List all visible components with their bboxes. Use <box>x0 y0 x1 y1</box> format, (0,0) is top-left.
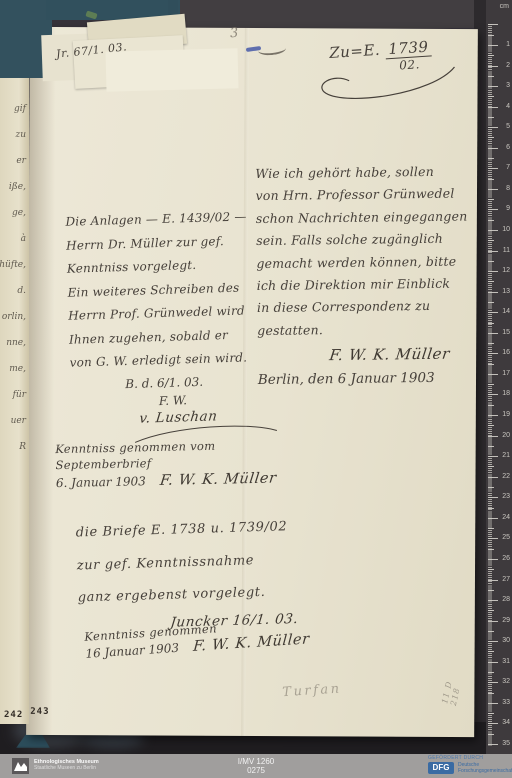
ruler-half-cm-tick <box>488 137 494 138</box>
ruler-half-cm-tick <box>488 117 494 118</box>
ruler-number: 6 <box>506 144 510 152</box>
ruler-cm-tick <box>488 538 498 539</box>
cutoff-word-fragment: à <box>21 234 26 244</box>
ruler-half-cm-tick <box>488 405 494 406</box>
dfg-full-name: Deutsche Forschungsgemeinschaft <box>458 762 512 774</box>
cutoff-word-fragment: hüfte, <box>0 260 26 270</box>
ruler-number: 23 <box>502 493 510 501</box>
ruler-number: 35 <box>502 740 510 748</box>
ruler-cm-tick <box>488 723 498 724</box>
ruler-number: 32 <box>502 678 510 686</box>
ruler-cm-tick <box>488 230 498 231</box>
manuscript-scan-viewport: Zu=E. 1739 02. Wie ich gehört habe, soll… <box>0 0 512 778</box>
ruler-number: 24 <box>502 514 510 522</box>
cutoff-word-fragment: gif <box>14 104 26 114</box>
letter-dateline: Berlin, den 6 Januar 1903 <box>258 369 490 388</box>
letter-line: Wie ich gehört habe, sollen <box>255 160 487 185</box>
ruler-number: 30 <box>502 637 510 645</box>
pencil-place-name: Turfan <box>282 681 342 700</box>
ruler-half-cm-tick <box>488 549 494 550</box>
pen-flourish <box>131 421 281 446</box>
ruler-cm-tick <box>488 662 498 663</box>
ruler-cm-tick <box>488 127 498 128</box>
dfg-name-line: Forschungsgemeinschaft <box>458 768 512 774</box>
digitization-footer-bar: Ethnologisches Museum Staatliche Museen … <box>0 754 512 778</box>
ruler-cm-tick <box>488 333 498 334</box>
ruler-half-cm-tick <box>488 446 494 447</box>
previous-page-edge: gifzueriße,ge,àhüfte,d.orlin,nne,me,füru… <box>0 70 29 724</box>
office-note-line: von G. W. erledigt sein wird. <box>69 345 282 375</box>
museum-logo <box>12 758 29 774</box>
pen-flourish <box>311 63 463 109</box>
ruler-unit-label: cm <box>500 3 509 10</box>
dfg-funding-label: GEFÖRDERT DURCH <box>428 755 483 761</box>
cutoff-word-fragment: zu <box>15 130 26 140</box>
return-note: die Briefe E. 1738 u. 1739/02zur gef. Ke… <box>75 510 328 634</box>
ruler-half-cm-tick <box>488 199 494 200</box>
ruler-cm-tick <box>488 497 498 498</box>
ruler-cm-tick <box>488 189 498 190</box>
ruler-number: 25 <box>502 534 510 542</box>
ruler-cm-tick <box>488 559 498 560</box>
ruler-number: 22 <box>502 473 510 481</box>
ruler-cm-tick <box>488 600 498 601</box>
ruler-number: 3 <box>506 82 510 90</box>
letter-line: gemacht werden können, bitte <box>256 250 488 275</box>
ruler-half-cm-tick <box>488 261 494 262</box>
cutoff-word-fragment: für <box>13 390 26 400</box>
museum-logo-glyph <box>12 758 29 774</box>
folio-number-stamp: 242 <box>4 710 23 720</box>
signature-fwk-mueller: F. W. K. Müller <box>159 470 278 488</box>
ruler-half-cm-tick <box>488 528 494 529</box>
ruler-cm-tick <box>488 744 498 745</box>
letter-line: schon Nachrichten eingegangen <box>256 205 488 230</box>
letter-line: gestatten. <box>257 317 489 342</box>
scan-number: 0275 <box>238 766 274 775</box>
letter-line: von Hrn. Professor Grünwedel <box>255 183 487 208</box>
cutoff-word-fragment: orlin, <box>2 312 26 322</box>
ruler-number: 11 <box>503 247 510 255</box>
ruler-cm-tick <box>488 641 498 642</box>
ruler-number: 28 <box>502 596 510 604</box>
cutoff-word-fragment: uer <box>11 416 26 426</box>
ruler-half-cm-tick <box>488 55 494 56</box>
return-note-lines: die Briefe E. 1738 u. 1739/02zur gef. Ke… <box>75 510 328 615</box>
cutoff-word-fragment: me, <box>9 364 26 374</box>
backing-board <box>172 0 488 28</box>
ruler-cm-tick <box>488 621 498 622</box>
ruler-half-cm-tick <box>488 179 494 180</box>
cutoff-word-fragment: ge, <box>12 208 26 218</box>
ruler-cm-tick <box>488 168 498 169</box>
letter-line: sein. Falls solche zugänglich <box>256 227 488 252</box>
ruler-half-cm-tick <box>488 693 494 694</box>
ruler-number: 2 <box>506 62 510 70</box>
dfg-logo: DFG <box>428 762 454 774</box>
cutoff-word-fragment: nne, <box>6 338 26 348</box>
ruler-cm-tick <box>488 703 498 704</box>
ruler-number: 12 <box>502 267 510 275</box>
ruler-number: 17 <box>502 370 510 378</box>
ruler-number: 5 <box>506 123 510 131</box>
ruler-half-cm-tick <box>488 240 494 241</box>
ruler-cm-tick <box>488 456 498 457</box>
ruler-cm-tick <box>488 292 498 293</box>
acknowledgement-date: 6. Januar 1903 <box>56 474 146 490</box>
ruler-cm-tick <box>488 107 498 108</box>
acknowledgement-september: Kenntniss genommen vomSeptemberbrief 6. … <box>55 437 296 491</box>
letter-lines: Wie ich gehört habe, sollenvon Hrn. Prof… <box>255 160 489 342</box>
docket-reference-number: Zu=E. 1739 02. <box>329 37 433 77</box>
letter-line: in diese Correspondenz zu <box>257 295 489 320</box>
ruler-number: 16 <box>502 349 510 357</box>
ruler-cm-tick <box>488 66 498 67</box>
ruler-half-cm-tick <box>488 96 494 97</box>
docket-prefix: Zu=E. <box>329 41 381 62</box>
cutoff-word-fragment: er <box>16 156 26 166</box>
ruler-cm-tick <box>488 45 498 46</box>
folio-number-stamp: 243 <box>30 707 49 717</box>
ruler-cm-tick <box>488 312 498 313</box>
ruler-number: 10 <box>502 226 510 234</box>
cutoff-word-fragment: R <box>19 442 26 452</box>
ruler-number: 27 <box>502 576 510 584</box>
ruler-cm-tick <box>488 148 498 149</box>
office-note-initials: F. W. <box>159 390 283 408</box>
letter-line: ich die Direktion mir Einblick <box>257 272 489 297</box>
ruler-half-cm-tick <box>488 590 494 591</box>
office-note-line: Die Anlagen — E. 1439/02 — <box>65 204 278 234</box>
acknowledgement-date: 16 Januar 1903 <box>85 641 179 661</box>
signature-fwk-mueller: F. W. K. Müller <box>328 345 451 364</box>
shelfmark: I/MV 1260 <box>238 757 274 766</box>
ruler-number: 13 <box>502 288 510 296</box>
cm-ruler: cm 1234567891011121314151617181920212223… <box>486 0 512 754</box>
ruler-cm-tick <box>488 394 498 395</box>
ruler-cm-tick <box>488 415 498 416</box>
office-note-left: Die Anlagen — E. 1439/02 —Herrn Dr. Müll… <box>65 204 283 429</box>
cutoff-word-fragment: d. <box>17 286 26 296</box>
ruler-number: 21 <box>502 452 510 460</box>
ruler-cm-tick <box>488 477 498 478</box>
ruler-half-cm-tick <box>488 569 494 570</box>
ruler-number: 14 <box>502 308 510 316</box>
ruler-half-cm-tick <box>488 508 494 509</box>
ruler-half-cm-tick <box>488 651 494 652</box>
ruler-number: 7 <box>506 164 510 172</box>
ruler-half-cm-tick <box>488 734 494 735</box>
ruler-cm-tick <box>488 518 498 519</box>
ruler-half-cm-tick <box>488 713 494 714</box>
ruler-cm-tick <box>488 86 498 87</box>
ruler-cm-tick <box>488 436 498 437</box>
letter-body: Wie ich gehört habe, sollenvon Hrn. Prof… <box>255 160 490 388</box>
ruler-cm-tick <box>488 271 498 272</box>
ruler-half-cm-tick <box>488 466 494 467</box>
ruler-half-cm-tick <box>488 487 494 488</box>
office-note-date: B. d. 6/1. 03. <box>125 372 282 391</box>
ruler-half-cm-tick <box>488 35 494 36</box>
shelfmark-block: I/MV 1260 0275 <box>238 757 274 775</box>
office-note-line: Kenntniss vorgelegt. <box>67 251 280 281</box>
ruler-cm-tick <box>488 580 498 581</box>
pencil-page-number: 3 <box>229 26 239 42</box>
ruler-cm-tick <box>488 251 498 252</box>
ruler-half-cm-tick <box>488 672 494 673</box>
ruler-cm-tick <box>488 682 498 683</box>
office-note-lines: Die Anlagen — E. 1439/02 —Herrn Dr. Müll… <box>65 204 282 375</box>
ruler-number: 19 <box>502 411 510 419</box>
ruler-half-cm-tick <box>488 220 494 221</box>
ruler-half-cm-tick <box>488 425 494 426</box>
ruler-number: 26 <box>502 555 510 563</box>
ruler-number: 20 <box>502 432 510 440</box>
pencil-margin-note: 11 D 218 <box>440 662 467 707</box>
museum-subtitle: Staatliche Museen zu Berlin <box>34 765 99 771</box>
ruler-half-cm-tick <box>488 281 494 282</box>
ruler-number: 18 <box>502 390 510 398</box>
ruler-half-cm-tick <box>488 631 494 632</box>
ruler-half-cm-tick <box>488 610 494 611</box>
cutoff-word-fragment: iße, <box>9 182 26 192</box>
return-note-line: ganz ergebenst vorgelegt. <box>77 575 328 615</box>
ruler-number: 34 <box>502 719 510 727</box>
ruler-number: 9 <box>506 205 510 213</box>
ruler-number: 33 <box>502 699 510 707</box>
museum-name-block: Ethnologisches Museum Staatliche Museen … <box>34 759 99 771</box>
ruler-number: 29 <box>502 617 510 625</box>
ruler-number: 8 <box>506 185 510 193</box>
ruler-half-cm-tick <box>488 158 494 159</box>
ruler-number: 15 <box>502 329 510 337</box>
ruler-cm-tick <box>488 24 498 25</box>
ruler-number: 31 <box>502 658 510 666</box>
ruler-cm-tick <box>488 209 498 210</box>
document-page: Zu=E. 1739 02. Wie ich gehört habe, soll… <box>26 27 478 737</box>
ruler-number: 1 <box>506 41 510 49</box>
ruler-half-cm-tick <box>488 76 494 77</box>
loose-page-edge <box>105 48 238 91</box>
ruler-number: 4 <box>506 103 510 111</box>
